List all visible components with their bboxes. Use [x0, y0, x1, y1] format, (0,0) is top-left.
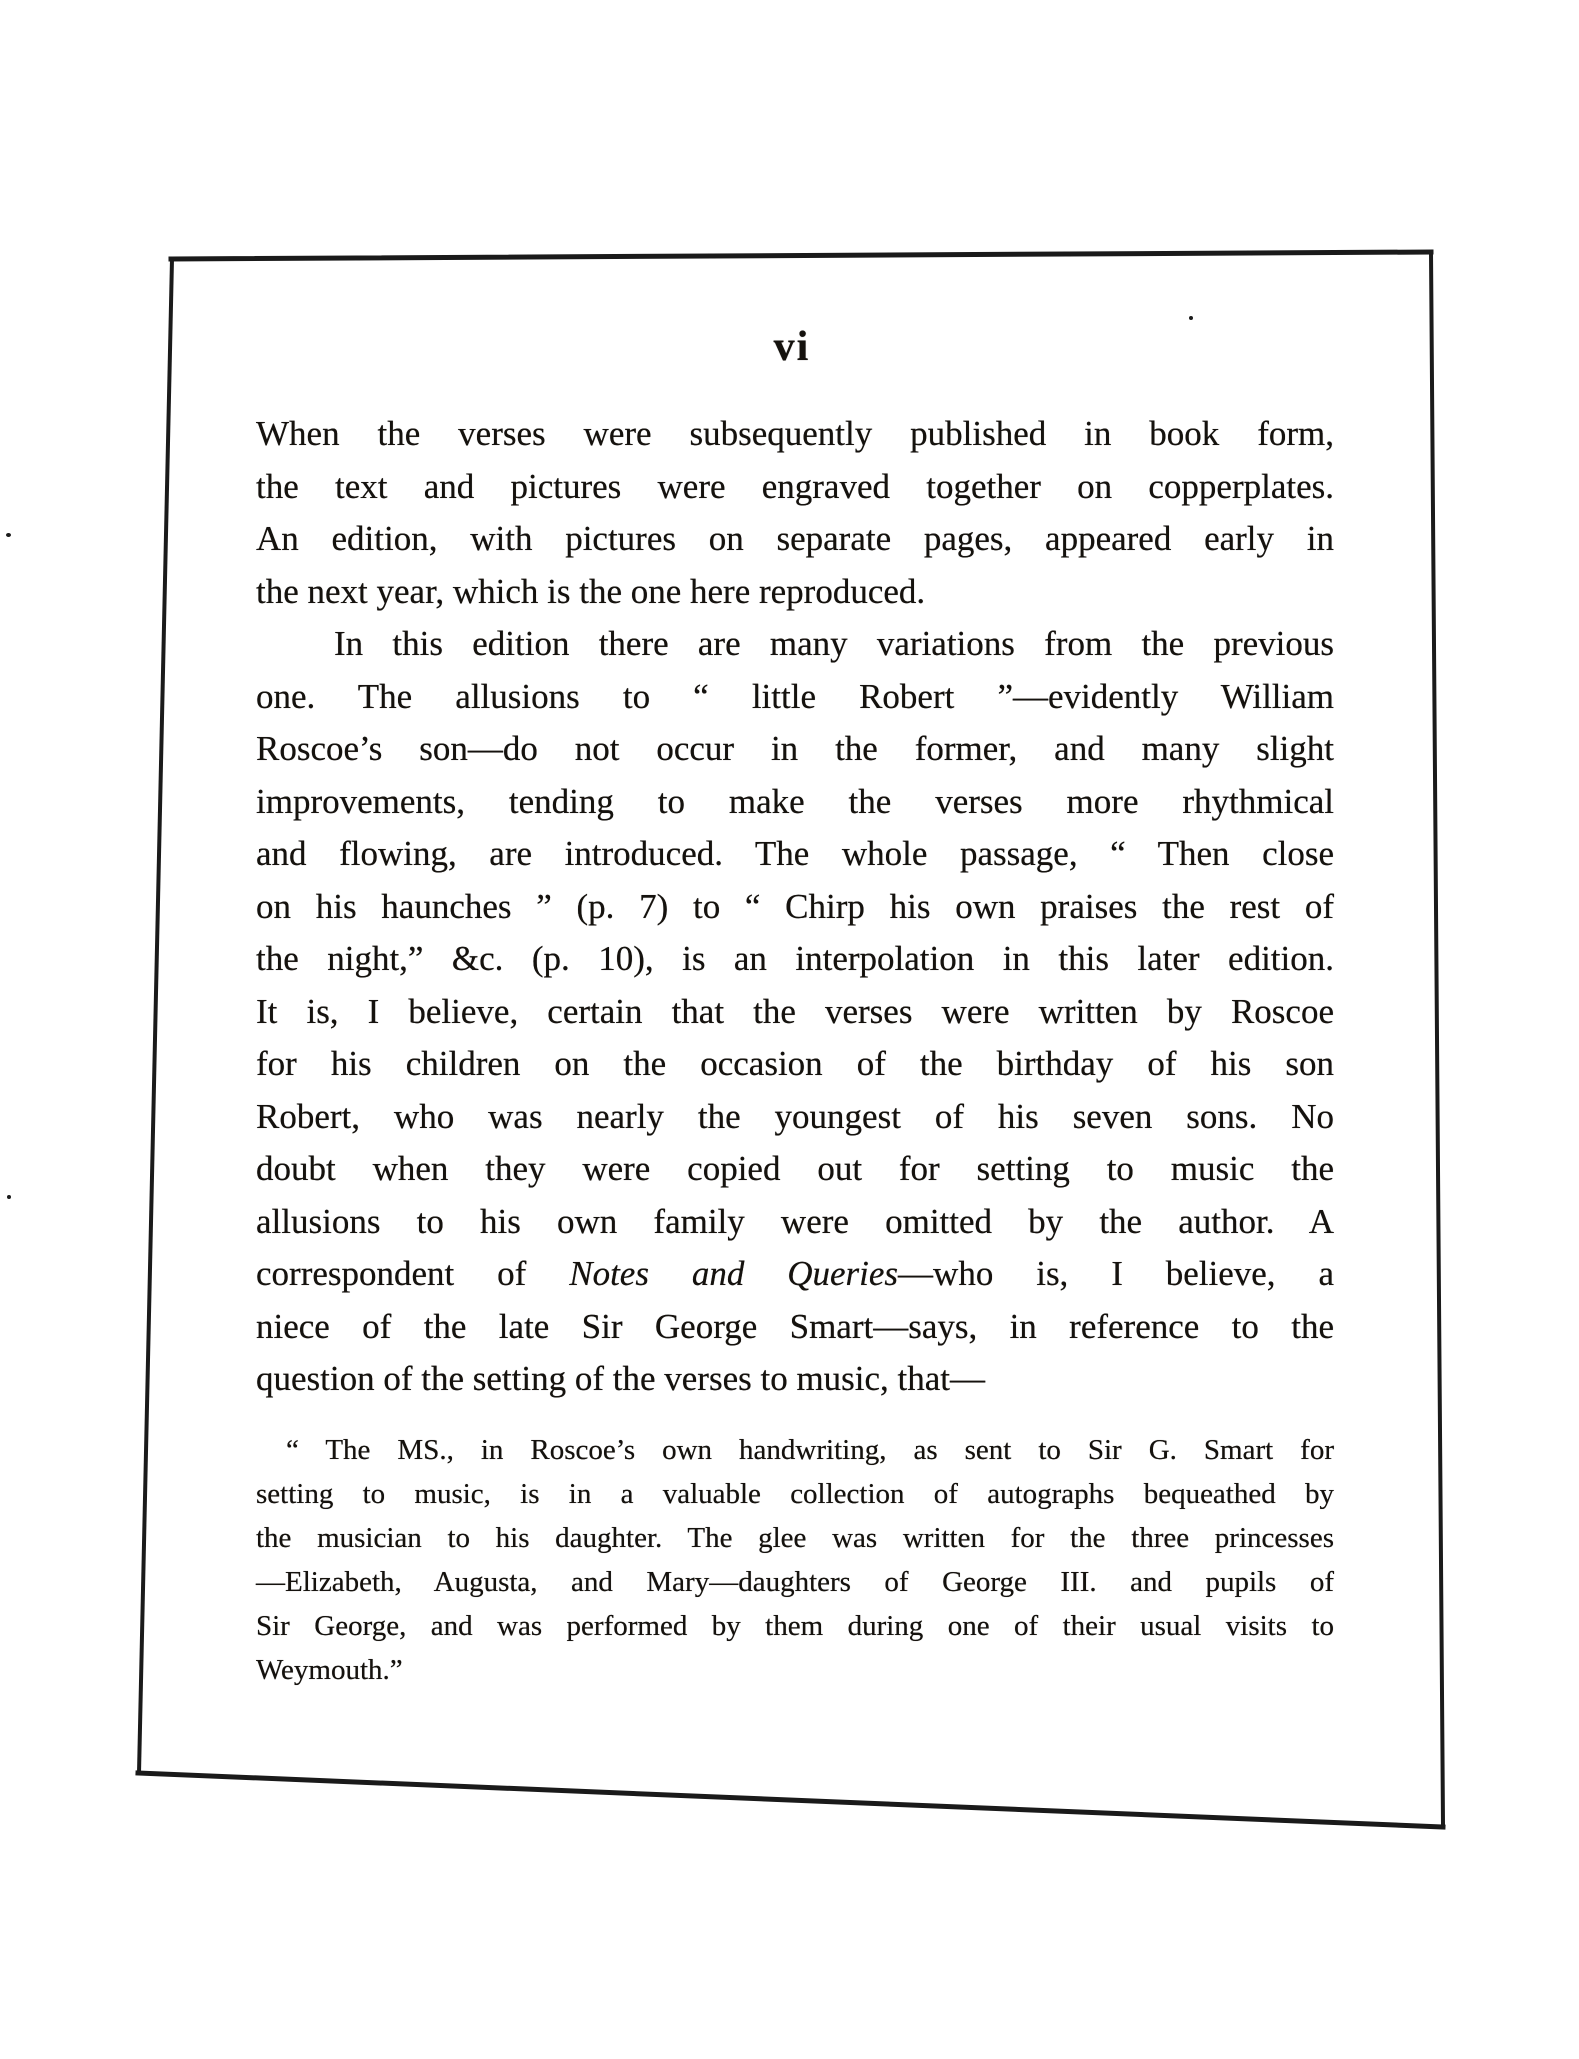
quote-line: Sir George, and was performed by them du…	[256, 1604, 1334, 1648]
scanned-book-page: { "colors": { "ink": "#15120e", "paper":…	[0, 0, 1579, 2059]
text-line: for his children on the occasion of the …	[256, 1038, 1334, 1091]
page-number: vi	[252, 323, 1332, 371]
frame-bottom-line	[138, 1773, 1443, 1827]
text-line: the text and pictures were engraved toge…	[256, 461, 1334, 514]
text-line: question of the setting of the verses to…	[256, 1353, 1334, 1406]
quote-line: —Elizabeth, Augusta, and Mary—daughters …	[256, 1560, 1334, 1604]
text-line-with-italic-title: correspondent of Notes and Queries—who i…	[256, 1248, 1334, 1301]
text-line: on his haunches ” (p. 7) to “ Chirp his …	[256, 881, 1334, 934]
text-line: An edition, with pictures on separate pa…	[256, 513, 1334, 566]
text-segment: correspondent of	[256, 1254, 569, 1293]
text-line: In this edition there are many variation…	[256, 618, 1334, 671]
text-line: and flowing, are introduced. The whole p…	[256, 828, 1334, 881]
text-line: allusions to his own family were omitted…	[256, 1196, 1334, 1249]
quote-line: “ The MS., in Roscoe’s own handwriting, …	[256, 1428, 1334, 1472]
text-line: one. The allusions to “ little Robert ”—…	[256, 671, 1334, 724]
page-text-block: When the verses were subsequently publis…	[256, 408, 1334, 1692]
frame-right-line	[1431, 252, 1443, 1824]
text-line: the night,” &c. (p. 10), is an interpola…	[256, 933, 1334, 986]
text-line: the next year, which is the one here rep…	[256, 566, 1334, 619]
text-line: doubt when they were copied out for sett…	[256, 1143, 1334, 1196]
scan-speck	[6, 533, 11, 537]
paragraph-2: In this edition there are many variation…	[256, 618, 1334, 1406]
paragraph-1: When the verses were subsequently publis…	[256, 408, 1334, 618]
text-line: improvements, tending to make the verses…	[256, 776, 1334, 829]
text-line: niece of the late Sir George Smart—says,…	[256, 1301, 1334, 1354]
block-quote: “ The MS., in Roscoe’s own handwriting, …	[256, 1428, 1334, 1692]
quote-line: Weymouth.”	[256, 1648, 1334, 1692]
text-line: It is, I believe, certain that the verse…	[256, 986, 1334, 1039]
text-line: Robert, who was nearly the youngest of h…	[256, 1091, 1334, 1144]
italic-book-title: Notes and Queries	[569, 1254, 898, 1293]
text-line: Roscoe’s son—do not occur in the former,…	[256, 723, 1334, 776]
quote-line: the musician to his daughter. The glee w…	[256, 1516, 1334, 1560]
frame-top-line	[171, 252, 1431, 259]
frame-left-line	[139, 259, 172, 1773]
text-segment: —who is, I believe, a	[898, 1254, 1334, 1293]
scan-speck	[1189, 316, 1193, 320]
quote-line: setting to music, is in a valuable colle…	[256, 1472, 1334, 1516]
scan-speck	[7, 1195, 11, 1199]
text-line: When the verses were subsequently publis…	[256, 408, 1334, 461]
